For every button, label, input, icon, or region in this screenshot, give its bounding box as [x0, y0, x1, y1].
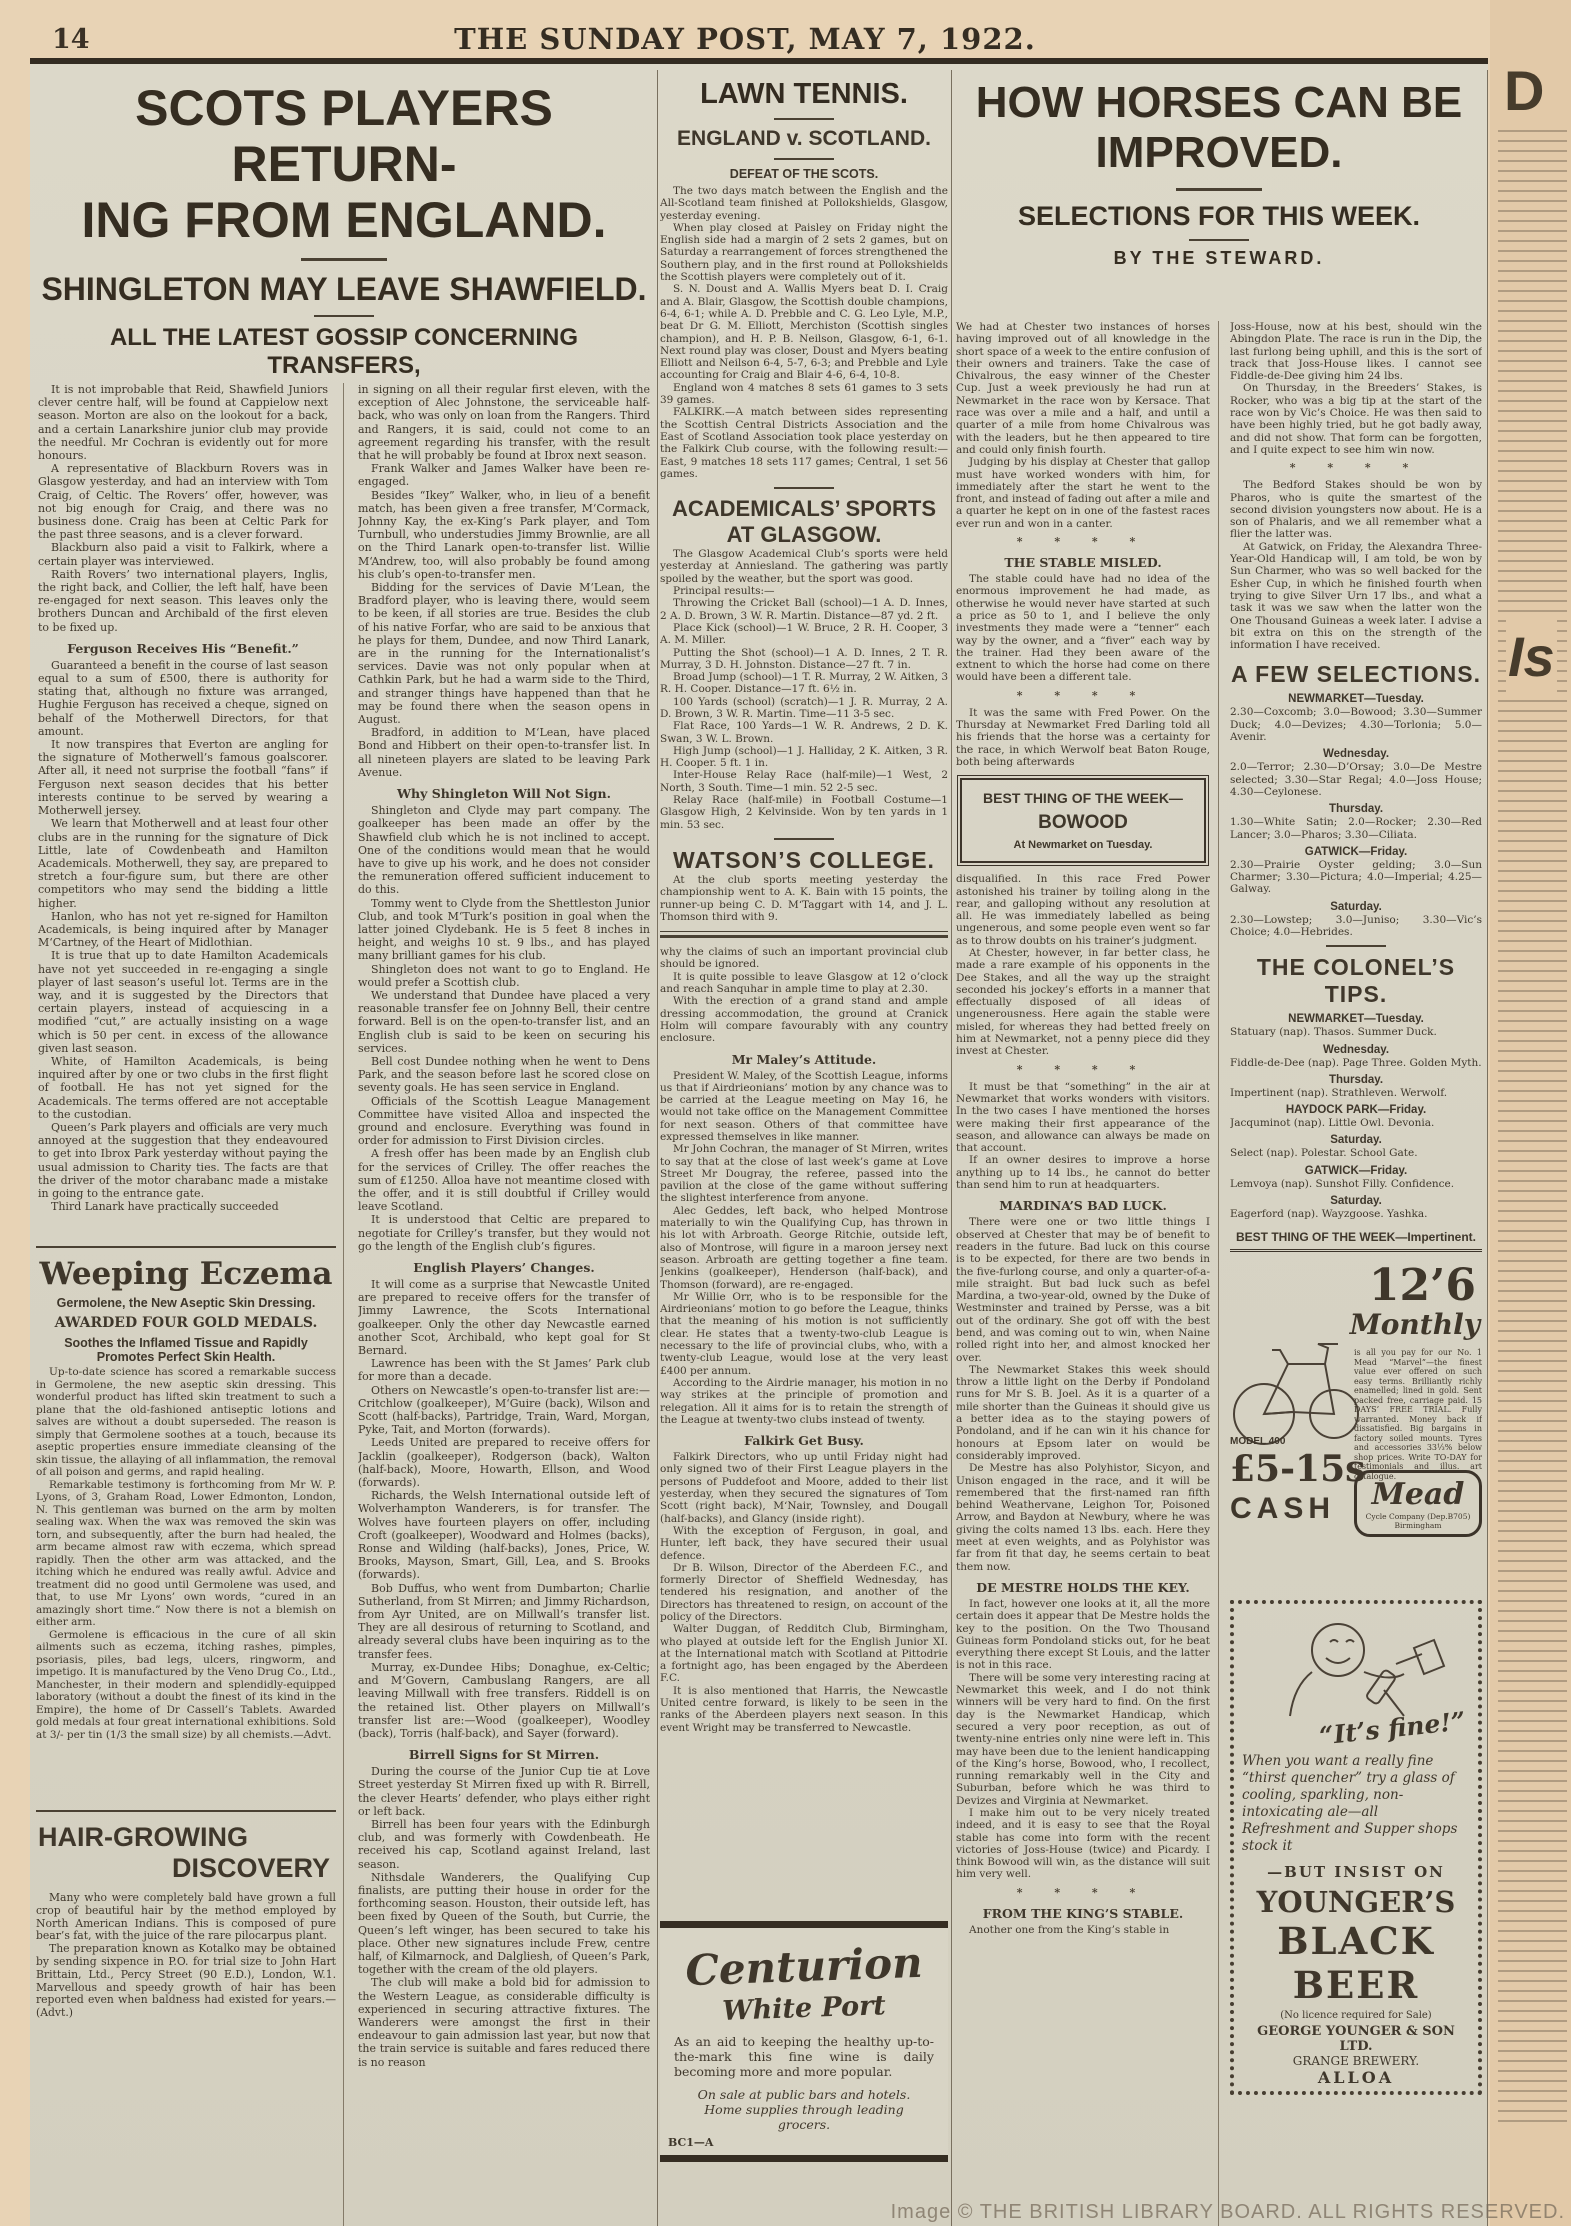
paragraph: At Gatwick, on Friday, the Alexandra Thr…	[1230, 541, 1482, 652]
paragraph: Third Lanark have practically succeeded	[38, 1200, 328, 1213]
paragraph: Mr John Cochran, the manager of St Mirre…	[660, 1143, 948, 1204]
divider	[774, 158, 834, 160]
paragraph: The two days match between the English a…	[660, 185, 948, 222]
paragraph: When play closed at Paisley on Friday ni…	[660, 222, 948, 283]
paragraph: The club will make a bold bid for admiss…	[358, 1976, 650, 2068]
star-separator: * * * *	[956, 689, 1210, 702]
paragraph: Principal results:—	[660, 585, 948, 597]
paragraph: 2.30—Lowstep; 3.0—Juniso; 3.30—Vic’s Cho…	[1230, 914, 1482, 939]
paragraph: It is also mentioned that Harris, the Ne…	[660, 1685, 948, 1734]
paragraph: It is not improbable that Reid, Shawfiel…	[38, 383, 328, 462]
advert-brewery: GRANGE BREWERY.	[1242, 2054, 1470, 2068]
advert-brand-sub: Cycle Company (Dep.B705) Birmingham	[1359, 1512, 1477, 1530]
paragraph: Leeds United are prepared to receive off…	[358, 1436, 650, 1489]
paragraph: Jacquminot (nap). Little Owl. Devonia.	[1230, 1117, 1482, 1129]
paragraph: There will be some very interesting raci…	[956, 1672, 1210, 1807]
section-title: WATSON’S COLLEGE.	[660, 847, 948, 874]
subheadline: SELECTIONS FOR THIS WEEK.	[954, 201, 1484, 232]
paragraph: Shingleton does not want to go to Englan…	[358, 963, 650, 989]
meeting-heading: GATWICK—Friday.	[1230, 846, 1482, 858]
divider	[301, 258, 387, 261]
section-title: LAWN TENNIS.	[660, 78, 948, 111]
crosshead: Why Shingleton Will Not Sign.	[358, 786, 650, 801]
paragraph: Select (nap). Polestar. School Gate.	[1230, 1147, 1482, 1159]
paragraph: Statuary (nap). Thasos. Summer Duck.	[1230, 1026, 1482, 1038]
paragraph: Murray, ex-Dundee Hibs; Donaghue, ex-Cel…	[358, 1661, 650, 1740]
paragraph: Others on Newcastle’s open-to-transfer l…	[358, 1384, 650, 1437]
paragraph: If an owner desires to improve a horse a…	[956, 1154, 1210, 1191]
paragraph: Inter-House Relay Race (half-mile)—1 Wes…	[660, 769, 948, 794]
paragraph: With the exception of Ferguson, in goal,…	[660, 1525, 948, 1562]
advert-brand: BLACK	[1242, 1919, 1470, 1963]
crosshead: English Players’ Changes.	[358, 1260, 650, 1275]
crosshead: Ferguson Receives His “Benefit.”	[38, 641, 328, 656]
advert-brand-plate: Mead Cycle Company (Dep.B705) Birmingham	[1354, 1470, 1482, 1537]
tips-title: THE COLONEL’S TIPS.	[1230, 954, 1482, 1008]
paragraph: Relay Race (half-mile) in Football Costu…	[660, 794, 948, 831]
header-rule	[30, 58, 1488, 64]
section-title: ACADEMICALS’ SPORTS	[660, 496, 948, 522]
paragraph: why the claims of such an important prov…	[660, 946, 948, 971]
paragraph: Dr B. Wilson, Director of the Aberdeen F…	[660, 1562, 948, 1623]
tips-list: NEWMARKET—Tuesday.Statuary (nap). Thasos…	[1230, 1013, 1482, 1220]
paragraph: In fact, however one looks at it, all th…	[956, 1598, 1210, 1672]
paragraph: Blackburn also paid a visit to Falkirk, …	[38, 541, 328, 567]
paragraph: Hanlon, who has not yet re-signed for Ha…	[38, 910, 328, 950]
advert-body: is all you pay for our No. 1 Mead “Marve…	[1354, 1348, 1482, 1481]
paragraph: At Chester, however, in far better class…	[956, 947, 1210, 1058]
paragraph: The Newmarket Stakes this week should th…	[956, 1364, 1210, 1462]
selections-title: A FEW SELECTIONS.	[1230, 661, 1482, 688]
advert-youngers-black-beer: “It’s fine!” When you want a really fine…	[1230, 1600, 1482, 2095]
paragraph: Bob Duffus, who went from Dumbarton; Cha…	[358, 1582, 650, 1661]
divider	[314, 315, 374, 317]
paragraph: Throwing the Cricket Ball (school)—1 A. …	[660, 597, 948, 622]
paragraph: Guaranteed a benefit in the course of la…	[38, 659, 328, 738]
paragraph: The Bedford Stakes should be won by Phar…	[1230, 479, 1482, 540]
paragraph: We learn that Motherwell and at least fo…	[38, 817, 328, 909]
horses-headline-block: HOW HORSES CAN BE IMPROVED. SELECTIONS F…	[954, 78, 1484, 269]
crosshead: Mr Maley’s Attitude.	[660, 1052, 948, 1067]
advert-brand: BEER	[1242, 1963, 1470, 2007]
paragraph: England won 4 matches 8 sets 61 games to…	[660, 382, 948, 407]
divider	[774, 118, 834, 120]
advert-brand: YOUNGER’S	[1242, 1885, 1470, 1919]
paragraph: Bradford, in addition to M‘Lean, have pl…	[358, 726, 650, 779]
meeting-heading: GATWICK—Friday.	[1230, 1165, 1482, 1177]
paragraph: The preparation known as Kotalko may be …	[36, 1943, 336, 2020]
star-separator: * * * *	[956, 1886, 1210, 1899]
paragraph: in signing on all their regular first el…	[358, 383, 650, 462]
scots-column-2: in signing on all their regular first el…	[358, 383, 650, 2224]
inner-column-rule	[343, 383, 344, 2226]
paragraph: 2.30—Coxcomb; 3.0—Bowood; 3.30—Summer Du…	[1230, 706, 1482, 743]
newspaper-page: 14 THE SUNDAY POST, MAY 7, 1922. SCOTS P…	[0, 0, 1571, 2226]
paragraph: It now transpires that Everton are angli…	[38, 738, 328, 817]
column-lawn-tennis: LAWN TENNIS. ENGLAND v. SCOTLAND. DEFEAT…	[660, 78, 948, 2226]
paragraph: Falkirk Directors, who up until Friday n…	[660, 1451, 948, 1525]
meeting-heading: Thursday.	[1230, 803, 1482, 815]
paragraph: FALKIRK.—A match between sides represent…	[660, 406, 948, 480]
advert-body: When you want a really fine “thirst quen…	[1242, 1753, 1470, 1855]
paragraph: Lemvoya (nap). Sunshot Filly. Confidence…	[1230, 1178, 1482, 1190]
byline: BY THE STEWARD.	[954, 248, 1484, 269]
paragraph: Walter Duggan, of Redditch Club, Birming…	[660, 1623, 948, 1684]
meeting-heading: NEWMARKET—Tuesday.	[1230, 693, 1482, 705]
inner-column-rule	[1218, 321, 1219, 2226]
horses-col2-top: Joss-House, now at his best, should win …	[1230, 321, 1482, 651]
column-rule	[1487, 70, 1488, 2226]
meeting-heading: Saturday.	[1230, 1195, 1482, 1207]
league-gossip-body: why the claims of such an important prov…	[660, 946, 948, 1734]
paragraph: Richards, the Welsh International outsid…	[358, 1489, 650, 1581]
paragraph: At the club sports meeting yesterday the…	[660, 874, 948, 923]
advert-brand: Centurion	[659, 1937, 949, 1996]
divider	[774, 487, 834, 489]
meeting-heading: Thursday.	[1230, 1074, 1482, 1086]
advert-model: MODEL 400	[1230, 1436, 1285, 1447]
paragraph: Eagerford (nap). Wayzgoose. Yashka.	[1230, 1208, 1482, 1220]
crosshead: FROM THE KING’S STABLE.	[956, 1906, 1210, 1921]
best-thing-rule: BEST THING OF THE WEEK—Impertinent.	[1230, 1230, 1482, 1252]
paragraph: It was the same with Fred Power. On the …	[956, 707, 1210, 768]
advert-price: 12’6	[1369, 1260, 1476, 1311]
paragraph: De Mestre has also Polyhistor, Sicyon, a…	[956, 1462, 1210, 1573]
paragraph: Besides “Ikey” Walker, who, in lieu of a…	[358, 489, 650, 581]
illegible-text-fragment	[1498, 130, 1567, 2130]
divider	[774, 838, 834, 840]
meeting-heading: Saturday.	[1230, 1134, 1482, 1146]
advert-price-period: Monthly	[1350, 1308, 1480, 1341]
paragraph: During the course of the Junior Cup tie …	[358, 1765, 650, 1818]
paragraph: Officials of the Scottish League Managem…	[358, 1095, 650, 1148]
advert-subtitle: Germolene, the New Aseptic Skin Dressing…	[44, 1296, 328, 1310]
paragraph: The Glasgow Academical Club’s sports wer…	[660, 548, 948, 585]
meeting-heading: Saturday.	[1230, 901, 1482, 913]
paragraph: 2.30—Prairie Oyster gelding; 3.0—Sun Cha…	[1230, 859, 1482, 896]
lawn-tennis-flow: LAWN TENNIS. ENGLAND v. SCOTLAND. DEFEAT…	[660, 78, 948, 1916]
paragraph: Bell cost Dundee nothing when he went to…	[358, 1055, 650, 1095]
paragraph: I make him out to be very nicely treated…	[956, 1807, 1210, 1881]
column-rule	[951, 70, 952, 2226]
paragraph: Putting the Shot (school)—1 A. D. Innes,…	[660, 647, 948, 672]
double-rule	[660, 931, 948, 938]
paragraph: On Thursday, in the Breeders’ Stakes, is…	[1230, 382, 1482, 456]
paragraph: 2.0—Terror; 2.30—D’Orsay; 3.0—De Mestre …	[1230, 761, 1482, 798]
advert-brand: Mead	[1359, 1477, 1477, 1512]
paragraph: Frank Walker and James Walker have been …	[358, 462, 650, 488]
advert-note: (No licence required for Sale)	[1242, 2010, 1470, 2021]
divider	[1326, 945, 1386, 947]
selections-list: NEWMARKET—Tuesday.2.30—Coxcomb; 3.0—Bowo…	[1230, 693, 1482, 938]
advert-title: DISCOVERY	[36, 1853, 330, 1884]
horses-column-1: We had at Chester two instances of horse…	[956, 321, 1210, 2226]
advert-firm: GEORGE YOUNGER & SON LTD.	[1242, 2024, 1470, 2054]
crosshead: MARDINA’S BAD LUCK.	[956, 1198, 1210, 1213]
advert-body: As an aid to keeping the healthy up-to-t…	[674, 2034, 934, 2079]
paragraph: Place Kick (school)—1 W. Bruce, 2 R. H. …	[660, 622, 948, 647]
paragraph: Germolene is efficacious in the cure of …	[36, 1629, 336, 1742]
meeting-heading: Wednesday.	[1230, 748, 1482, 760]
star-separator: * * * *	[956, 535, 1210, 548]
advert-weeping-eczema: Weeping Eczema Germolene, the New Asepti…	[36, 1240, 336, 1798]
paragraph: The stable could have had no idea of the…	[956, 573, 1210, 684]
rule	[36, 1246, 336, 1248]
column-rule	[657, 70, 658, 2226]
paragraph: Queen’s Park players and officials are v…	[38, 1121, 328, 1200]
cut-headline-letter: Is	[1506, 620, 1557, 693]
academicals-body: The Glasgow Academical Club’s sports wer…	[660, 548, 948, 831]
advert-body: Many who were completely bald have grown…	[36, 1892, 336, 2020]
meeting-heading: NEWMARKET—Tuesday.	[1230, 1013, 1482, 1025]
advert-insist-line: —BUT INSIST ON	[1242, 1863, 1470, 1881]
rule	[660, 1921, 948, 1928]
best-thing-horse: BOWOOD	[968, 812, 1198, 834]
paragraph: There were one or two little things I ob…	[956, 1216, 1210, 1364]
paragraph: It must be that “something” in the air a…	[956, 1081, 1210, 1155]
paragraph: Mr Willie Orr, who is to be responsible …	[660, 1291, 948, 1377]
advert-cash-price: £5-15s	[1230, 1448, 1365, 1490]
masthead: THE SUNDAY POST, MAY 7, 1922.	[0, 22, 1490, 56]
headline: IMPROVED.	[954, 128, 1484, 178]
crosshead: Falkirk Get Busy.	[660, 1433, 948, 1448]
crosshead: DEFEAT OF THE SCOTS.	[660, 167, 948, 181]
headline: HOW HORSES CAN BE	[954, 78, 1484, 128]
horses-column-2: Joss-House, now at his best, should win …	[1230, 321, 1482, 2226]
paragraph: It is understood that Celtic are prepare…	[358, 1213, 650, 1253]
paragraph: According to the Airdrie manager, his mo…	[660, 1377, 948, 1426]
paragraph: Nithsdale Wanderers, the Qualifying Cup …	[358, 1871, 650, 1977]
best-thing-label: BEST THING OF THE WEEK—	[968, 790, 1198, 806]
advert-title: HAIR-GROWING	[38, 1822, 336, 1853]
paragraph: Tommy went to Clyde from the Shettleston…	[358, 897, 650, 963]
paragraph: S. N. Doust and A. Wallis Myers beat D. …	[660, 283, 948, 381]
paragraph: A representative of Blackburn Rovers was…	[38, 462, 328, 541]
paragraph: It will come as a surprise that Newcastl…	[358, 1278, 650, 1357]
paragraph: Judging by his display at Chester that g…	[956, 456, 1210, 530]
watsons-body: At the club sports meeting yesterday the…	[660, 874, 948, 923]
advert-code: BC1—A	[668, 2136, 948, 2149]
horses-col1-top: We had at Chester two instances of horse…	[956, 321, 1210, 768]
paragraph: Shingleton and Clyde may part company. T…	[358, 804, 650, 896]
strapline: ALL THE LATEST GOSSIP CONCERNING TRANSFE…	[36, 324, 652, 380]
cut-headline-letter: D	[1504, 58, 1544, 123]
article-scots-players: SCOTS PLAYERS RETURN- ING FROM ENGLAND. …	[36, 80, 652, 2226]
paragraph: Lawrence has been with the St James’ Par…	[358, 1357, 650, 1383]
best-thing-box: BEST THING OF THE WEEK— BOWOOD At Newmar…	[960, 778, 1206, 863]
advert-mead-cycle: 12’6 Monthly is all you pay for our No. …	[1230, 1260, 1482, 1590]
best-thing-venue: At Newmarket on Tuesday.	[968, 839, 1198, 851]
paragraph: Up-to-date science has scored a remarkab…	[36, 1366, 336, 1479]
advert-note: On sale at public bars and hotels. Home …	[690, 2087, 918, 2132]
crosshead: THE STABLE MISLED.	[956, 555, 1210, 570]
rule	[36, 1810, 336, 1812]
subheadline: SHINGLETON MAY LEAVE SHAWFIELD.	[36, 271, 652, 308]
paragraph: We had at Chester two instances of horse…	[956, 321, 1210, 456]
rule	[660, 2155, 948, 2162]
headline: ING FROM ENGLAND.	[36, 192, 652, 248]
star-separator: * * * *	[1230, 461, 1482, 474]
paragraph: Remarkable testimony is forthcoming from…	[36, 1479, 336, 1629]
paragraph: It is true that up to date Hamilton Acad…	[38, 949, 328, 1055]
paragraph: Fiddle-de-Dee (nap). Page Three. Golden …	[1230, 1057, 1482, 1069]
paragraph: 100 Yards (school) (scratch)—1 J. R. Mur…	[660, 696, 948, 721]
paragraph: Flat Race, 100 Yards—1 W. R. Andrews, 2 …	[660, 720, 948, 745]
tennis-body: The two days match between the English a…	[660, 185, 948, 480]
torn-page-edge: D Is	[1490, 0, 1571, 2226]
advert-cash-label: CASH	[1230, 1492, 1335, 1526]
paragraph: 1.30—White Satin; 2.0—Rocker; 2.30—Red L…	[1230, 816, 1482, 841]
paragraph: President W. Maley, of the Scottish Leag…	[660, 1070, 948, 1144]
paragraph: Joss-House, now at his best, should win …	[1230, 321, 1482, 382]
paragraph: High Jump (school)—1 J. Halliday, 2 K. A…	[660, 745, 948, 770]
star-separator: * * * *	[956, 1063, 1210, 1076]
advert-centurion-white-port: Centurion White Port As an aid to keepin…	[660, 1921, 948, 2162]
meeting-heading: Wednesday.	[1230, 1044, 1482, 1056]
crosshead: Birrell Signs for St Mirren.	[358, 1747, 650, 1762]
library-watermark: Image © THE BRITISH LIBRARY BOARD. ALL R…	[891, 2201, 1565, 2224]
scots-headline-block: SCOTS PLAYERS RETURN- ING FROM ENGLAND. …	[36, 80, 652, 380]
paragraph: Broad Jump (school)—1 T. R. Murray, 2 W.…	[660, 671, 948, 696]
advert-medals-line: AWARDED FOUR GOLD MEDALS.	[36, 1315, 336, 1331]
advert-subtitle: Soothes the Inflamed Tissue and Rapidly …	[44, 1336, 328, 1364]
paragraph: Birrell has been four years with the Edi…	[358, 1818, 650, 1871]
divider	[1189, 239, 1249, 241]
section-subtitle: ENGLAND v. SCOTLAND.	[660, 127, 948, 151]
paragraph: White, of Hamilton Academicals, is being…	[38, 1055, 328, 1121]
divider	[1176, 188, 1262, 191]
advert-town: ALLOA	[1242, 2068, 1470, 2087]
paragraph: With the erection of a grand stand and a…	[660, 995, 948, 1044]
meeting-heading: HAYDOCK PARK—Friday.	[1230, 1104, 1482, 1116]
advert-body: Up-to-date science has scored a remarkab…	[36, 1366, 336, 1741]
paragraph: Raith Rovers’ two international players,…	[38, 568, 328, 634]
paragraph: Impertinent (nap). Strathleven. Werwolf.	[1230, 1087, 1482, 1099]
horses-col1-bottom: disqualified. In this race Fred Power as…	[956, 873, 1210, 1936]
paragraph: It is quite possible to leave Glasgow at…	[660, 971, 948, 996]
section-title: AT GLASGOW.	[660, 522, 948, 548]
paragraph: Another one from the King’s stable in	[956, 1924, 1210, 1936]
paragraph: Bidding for the services of Davie M‘Lean…	[358, 581, 650, 726]
paragraph: disqualified. In this race Fred Power as…	[956, 873, 1210, 947]
headline: SCOTS PLAYERS RETURN-	[36, 80, 652, 192]
crosshead: DE MESTRE HOLDS THE KEY.	[956, 1580, 1210, 1595]
article-how-horses: HOW HORSES CAN BE IMPROVED. SELECTIONS F…	[954, 78, 1484, 2226]
scots-column-1: It is not improbable that Reid, Shawfiel…	[38, 383, 328, 1236]
paragraph: Many who were completely bald have grown…	[36, 1892, 336, 1943]
paragraph: Alec Geddes, left back, who helped Montr…	[660, 1205, 948, 1291]
paragraph: We understand that Dundee have placed a …	[358, 989, 650, 1055]
paragraph: A fresh offer has been made by an Englis…	[358, 1147, 650, 1213]
advert-hair-growing: HAIR-GROWING DISCOVERY Many who were com…	[36, 1804, 336, 2226]
advert-title: Weeping Eczema	[36, 1256, 336, 1292]
